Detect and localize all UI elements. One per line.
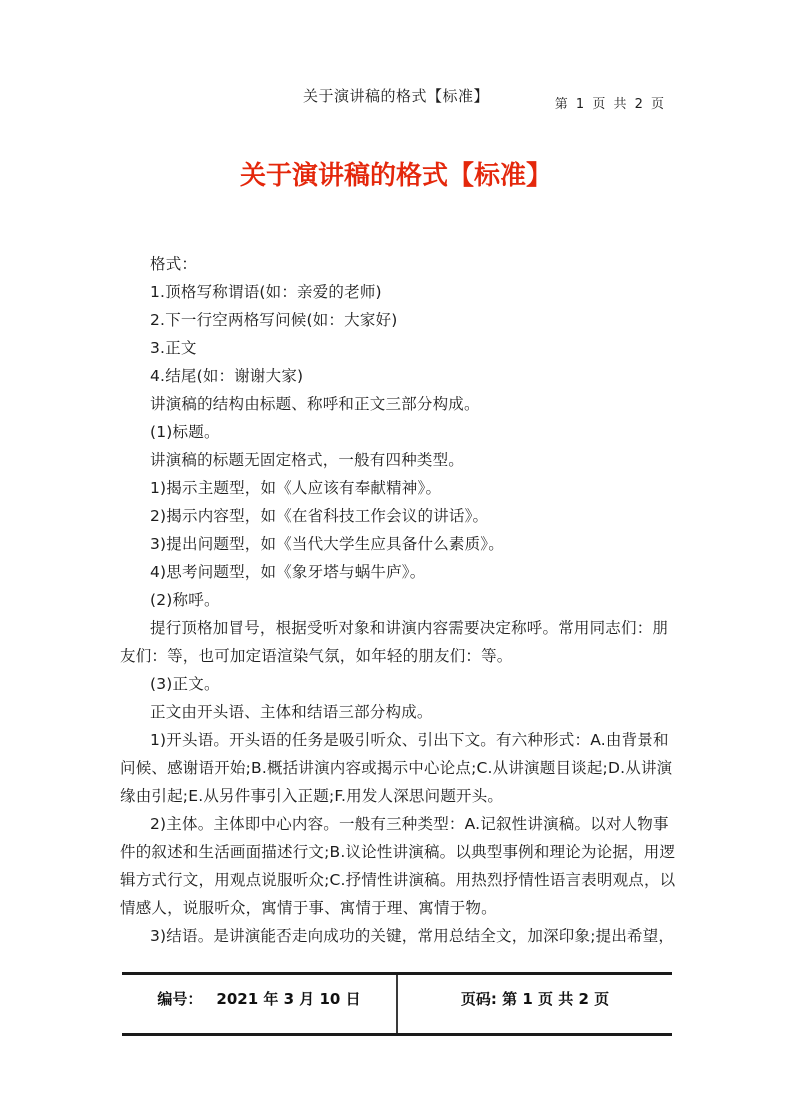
body-line: 1)开头语。开头语的任务是吸引听众、引出下文。有六种形式：A.由背景和: [120, 726, 678, 754]
body-line: 2.下一行空两格写问候(如：大家好): [120, 306, 678, 334]
body-text: 格式： 1.顶格写称谓语(如：亲爱的老师) 2.下一行空两格写问候(如：大家好)…: [120, 250, 678, 950]
body-line: 1.顶格写称谓语(如：亲爱的老师): [120, 278, 678, 306]
body-line: 提行顶格加冒号，根据受听对象和讲演内容需要决定称呼。常用同志们：朋: [120, 614, 678, 642]
body-line: 辑方式行文，用观点说服听众;C.抒情性讲演稿。用热烈抒情性语言表明观点，以: [120, 866, 678, 894]
body-line: 2)揭示内容型，如《在省科技工作会议的讲话》。: [120, 502, 678, 530]
body-line: 2)主体。主体即中心内容。一般有三种类型：A.记叙性讲演稿。以对人物事: [120, 810, 678, 838]
footer-page-info: 页码: 第 1 页 共 2 页: [461, 988, 609, 1009]
body-line: (3)正文。: [120, 670, 678, 698]
header-page-indicator: 第 1 页 共 2 页: [555, 93, 666, 112]
body-line: 正文由开头语、主体和结语三部分构成。: [120, 698, 678, 726]
footer-page-cell: 页码: 第 1 页 共 2 页: [398, 975, 672, 1033]
body-line: (1)标题。: [120, 418, 678, 446]
body-line: 问候、感谢语开始;B.概括讲演内容或揭示中心论点;C.从讲演题目谈起;D.从讲演: [120, 754, 678, 782]
header-doc-title: 关于演讲稿的格式【标准】: [0, 85, 792, 106]
body-line: 4.结尾(如：谢谢大家): [120, 362, 678, 390]
body-line: 3.正文: [120, 334, 678, 362]
footer-number-cell: 编号： 2021 年 3 月 10 日: [122, 975, 398, 1033]
footer-number-value: 2021 年 3 月 10 日: [216, 988, 360, 1009]
body-line: 1)揭示主题型，如《人应该有奉献精神》。: [120, 474, 678, 502]
body-line: 4)思考问题型，如《象牙塔与蜗牛庐》。: [120, 558, 678, 586]
body-line: 讲演稿的标题无固定格式，一般有四种类型。: [120, 446, 678, 474]
document-page: 关于演讲稿的格式【标准】 第 1 页 共 2 页 关于演讲稿的格式【标准】 格式…: [0, 0, 792, 1120]
body-line: 格式：: [120, 250, 678, 278]
body-line: 讲演稿的结构由标题、称呼和正文三部分构成。: [120, 390, 678, 418]
doc-title: 关于演讲稿的格式【标准】: [0, 155, 792, 192]
body-line: 3)结语。是讲演能否走向成功的关键，常用总结全文，加深印象;提出希望，: [120, 922, 678, 950]
body-line: 缘由引起;E.从另件事引入正题;F.用发人深思问题开头。: [120, 782, 678, 810]
body-line: 情感人，说服听众，寓情于事、寓情于理、寓情于物。: [120, 894, 678, 922]
body-line: 件的叙述和生活画面描述行文;B.议论性讲演稿。以典型事例和理论为论据，用逻: [120, 838, 678, 866]
footer-table: 编号： 2021 年 3 月 10 日 页码: 第 1 页 共 2 页: [122, 972, 672, 1036]
body-line: 友们：等，也可加定语渲染气氛，如年轻的朋友们：等。: [120, 642, 678, 670]
body-line: 3)提出问题型，如《当代大学生应具备什么素质》。: [120, 530, 678, 558]
body-line: (2)称呼。: [120, 586, 678, 614]
footer-number-label: 编号：: [157, 988, 202, 1009]
